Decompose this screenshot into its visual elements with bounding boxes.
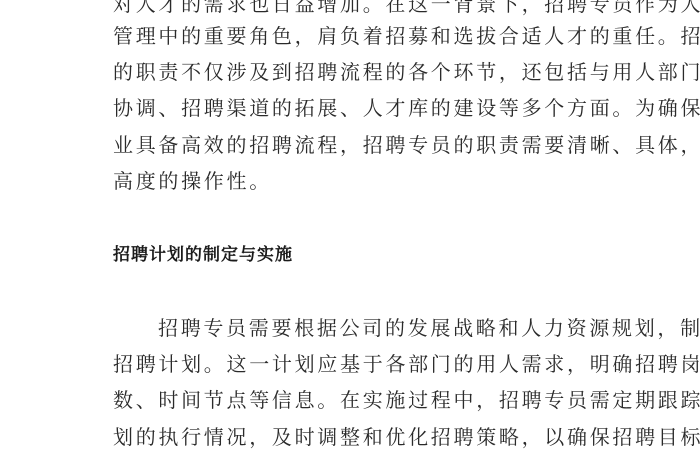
paragraph-1-line-2: 管理中的重要角色，肩负着招募和选拔合适人才的重任。招聘专员 [113, 24, 591, 48]
section-heading: 招聘计划的制定与实施 [113, 244, 293, 266]
paragraph-2-line-4: 划的执行情况，及时调整和优化招聘策略，以确保招聘目标的达成 [113, 425, 591, 449]
paragraph-1-line-6: 高度的操作性。 [113, 169, 591, 193]
document-page: 对人才的需求也日益增加。在这一背景下，招聘专员作为人力资源 管理中的重要角色，肩… [0, 0, 700, 470]
paragraph-1-line-5: 业具备高效的招聘流程，招聘专员的职责需要清晰、具体，并具有 [113, 133, 591, 157]
paragraph-2-line-1: 招聘专员需要根据公司的发展战略和人力资源规划，制定年度 [158, 316, 591, 340]
paragraph-2-line-2: 招聘计划。这一计划应基于各部门的用人需求，明确招聘岗位、人 [113, 352, 591, 376]
paragraph-1-line-1: 对人才的需求也日益增加。在这一背景下，招聘专员作为人力资源 [113, 0, 591, 16]
paragraph-1-line-4: 协调、招聘渠道的拓展、人才库的建设等多个方面。为确保电商企 [113, 96, 591, 120]
paragraph-1-line-3: 的职责不仅涉及到招聘流程的各个环节，还包括与用人部门的沟通 [113, 60, 591, 84]
paragraph-2-line-3: 数、时间节点等信息。在实施过程中，招聘专员需定期跟踪招聘计 [113, 388, 591, 412]
